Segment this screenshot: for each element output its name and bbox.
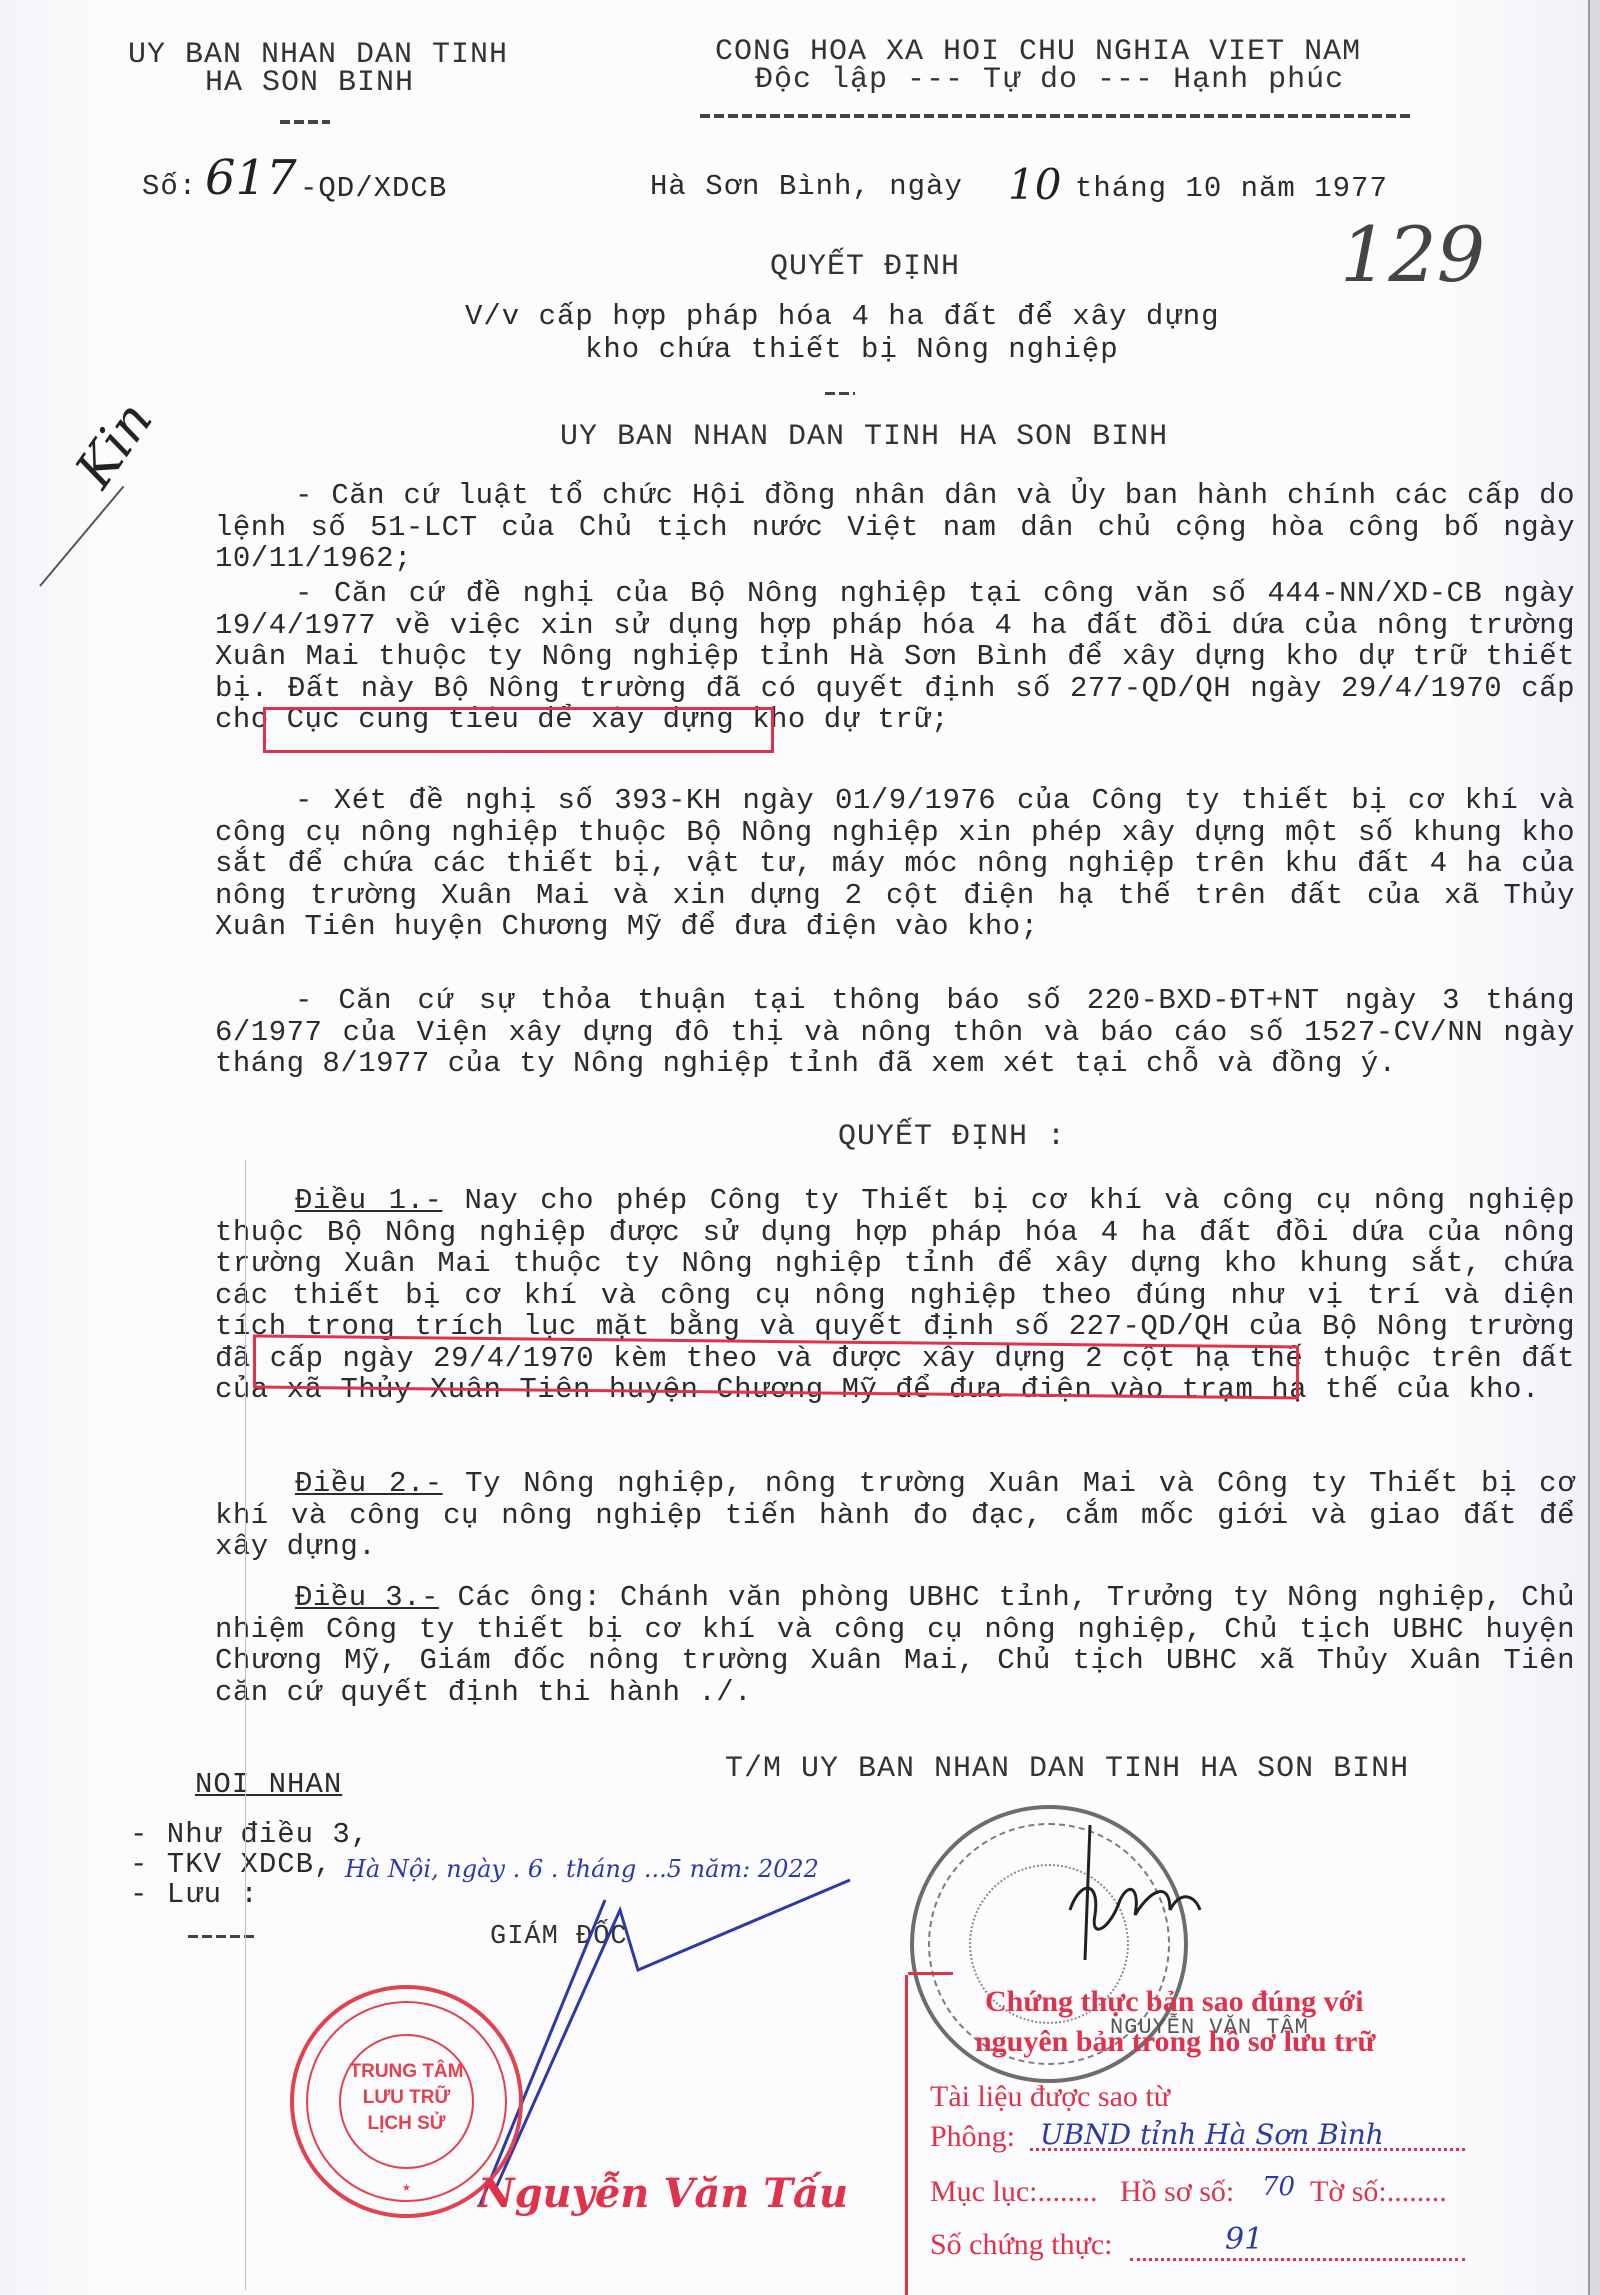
original-signature xyxy=(1060,1820,1230,1970)
article-3-label: Điều 3.- xyxy=(295,1581,439,1614)
cert-to-so: Tờ số:........ xyxy=(1310,2175,1447,2209)
page-edge-shadow xyxy=(1588,0,1600,2295)
org-name-line2: HA SON BINH xyxy=(205,66,414,100)
margin-initial-handwritten: Kin xyxy=(64,391,164,498)
recipient-2: - TKV XDCB, xyxy=(130,1848,332,1881)
date-prefix: Hà Sơn Bình, ngày xyxy=(650,170,963,203)
national-motto: Độc lập --- Tự do --- Hạnh phúc xyxy=(755,63,1344,97)
cert-muc-luc: Mục lục:........ xyxy=(930,2175,1097,2209)
decision-subject-line1: V/v cấp hợp pháp hóa 4 ha đất để xây dựn… xyxy=(465,300,1220,333)
recipient-3: - Lưu : xyxy=(130,1878,259,1911)
doc-number-handwritten: 617 xyxy=(205,150,297,206)
document-page: UY BAN NHAN DAN TINH HA SON BINH Số: 617… xyxy=(0,0,1590,2295)
cert-so-dots xyxy=(1130,2258,1465,2261)
preamble-4: - Căn cứ sự thỏa thuận tại thông báo số … xyxy=(215,985,1575,1080)
doc-number-suffix: -QD/XDCB xyxy=(300,172,447,205)
preamble-3-text: - Xét đề nghị số 393-KH ngày 01/9/1976 c… xyxy=(215,784,1575,943)
stamp-center-line3: LỊCH SỬ xyxy=(294,2113,519,2135)
cert-so-chung-thuc-label: Số chứng thực: xyxy=(930,2228,1113,2262)
cert-phong-value: UBND tỉnh Hà Sơn Bình xyxy=(1040,2118,1384,2151)
page-number-handwritten: 129 xyxy=(1340,210,1485,299)
cert-phong-label: Phông: xyxy=(930,2120,1015,2154)
stamp-center-line1: TRUNG TÂM xyxy=(294,2061,519,2083)
title-divider xyxy=(825,392,855,395)
highlight-box-2 xyxy=(253,1335,1299,1400)
preamble-3: - Xét đề nghị số 393-KH ngày 01/9/1976 c… xyxy=(215,785,1575,943)
article-2-label: Điều 2.- xyxy=(295,1467,443,1500)
date-rest: tháng 10 năm 1977 xyxy=(1075,172,1388,205)
recipients-heading: NOI NHAN xyxy=(195,1768,342,1801)
cert-line1: Chứng thực bản sao đúng với xyxy=(985,1985,1364,2019)
on-behalf-of: T/M UY BAN NHAN DAN TINH HA SON BINH xyxy=(725,1752,1409,1786)
header-left-divider xyxy=(280,120,330,124)
decision-title: QUYẾT ĐỊNH xyxy=(770,250,960,284)
cert-ho-so-value: 70 xyxy=(1262,2172,1295,2202)
cert-line2: nguyên bản trong hồ sơ lưu trữ xyxy=(975,2025,1376,2059)
cert-so-chung-thuc-value: 91 xyxy=(1225,2222,1263,2257)
header-right-divider xyxy=(700,114,1410,118)
stamp-center-line2: LƯU TRỮ xyxy=(294,2087,519,2109)
issuer-name: UY BAN NHAN DAN TINH HA SON BINH xyxy=(560,420,1168,454)
date-day-handwritten: 10 xyxy=(1008,160,1061,209)
preamble-1: - Căn cứ luật tổ chức Hội đồng nhân dân … xyxy=(215,480,1575,575)
recipients-divider xyxy=(188,1935,258,1938)
cert-ho-so-label: Hồ sơ số: xyxy=(1120,2175,1234,2209)
preamble-4-text: - Căn cứ sự thỏa thuận tại thông báo số … xyxy=(215,984,1575,1080)
copy-signer-name: Nguyễn Văn Tấu xyxy=(478,2170,848,2217)
recipient-1: - Như điều 3, xyxy=(130,1818,369,1851)
highlight-box-1 xyxy=(263,707,774,753)
scan-artifact-line xyxy=(245,1160,246,2290)
preamble-1-text: - Căn cứ luật tổ chức Hội đồng nhân dân … xyxy=(215,479,1575,575)
article-2: Điều 2.- Ty Nông nghiệp, nông trường Xuâ… xyxy=(215,1468,1575,1563)
decision-subject-line2: kho chứa thiết bị Nông nghiệp xyxy=(585,333,1119,366)
article-3: Điều 3.- Các ông: Chánh văn phòng UBHC t… xyxy=(215,1582,1575,1708)
margin-pen-stroke xyxy=(39,486,124,587)
decision-heading: QUYẾT ĐỊNH : xyxy=(838,1120,1066,1154)
cert-source-label: Tài liệu được sao từ xyxy=(930,2080,1170,2114)
article-1-label: Điều 1.- xyxy=(295,1184,442,1217)
doc-number-prefix: Số: xyxy=(142,170,197,203)
